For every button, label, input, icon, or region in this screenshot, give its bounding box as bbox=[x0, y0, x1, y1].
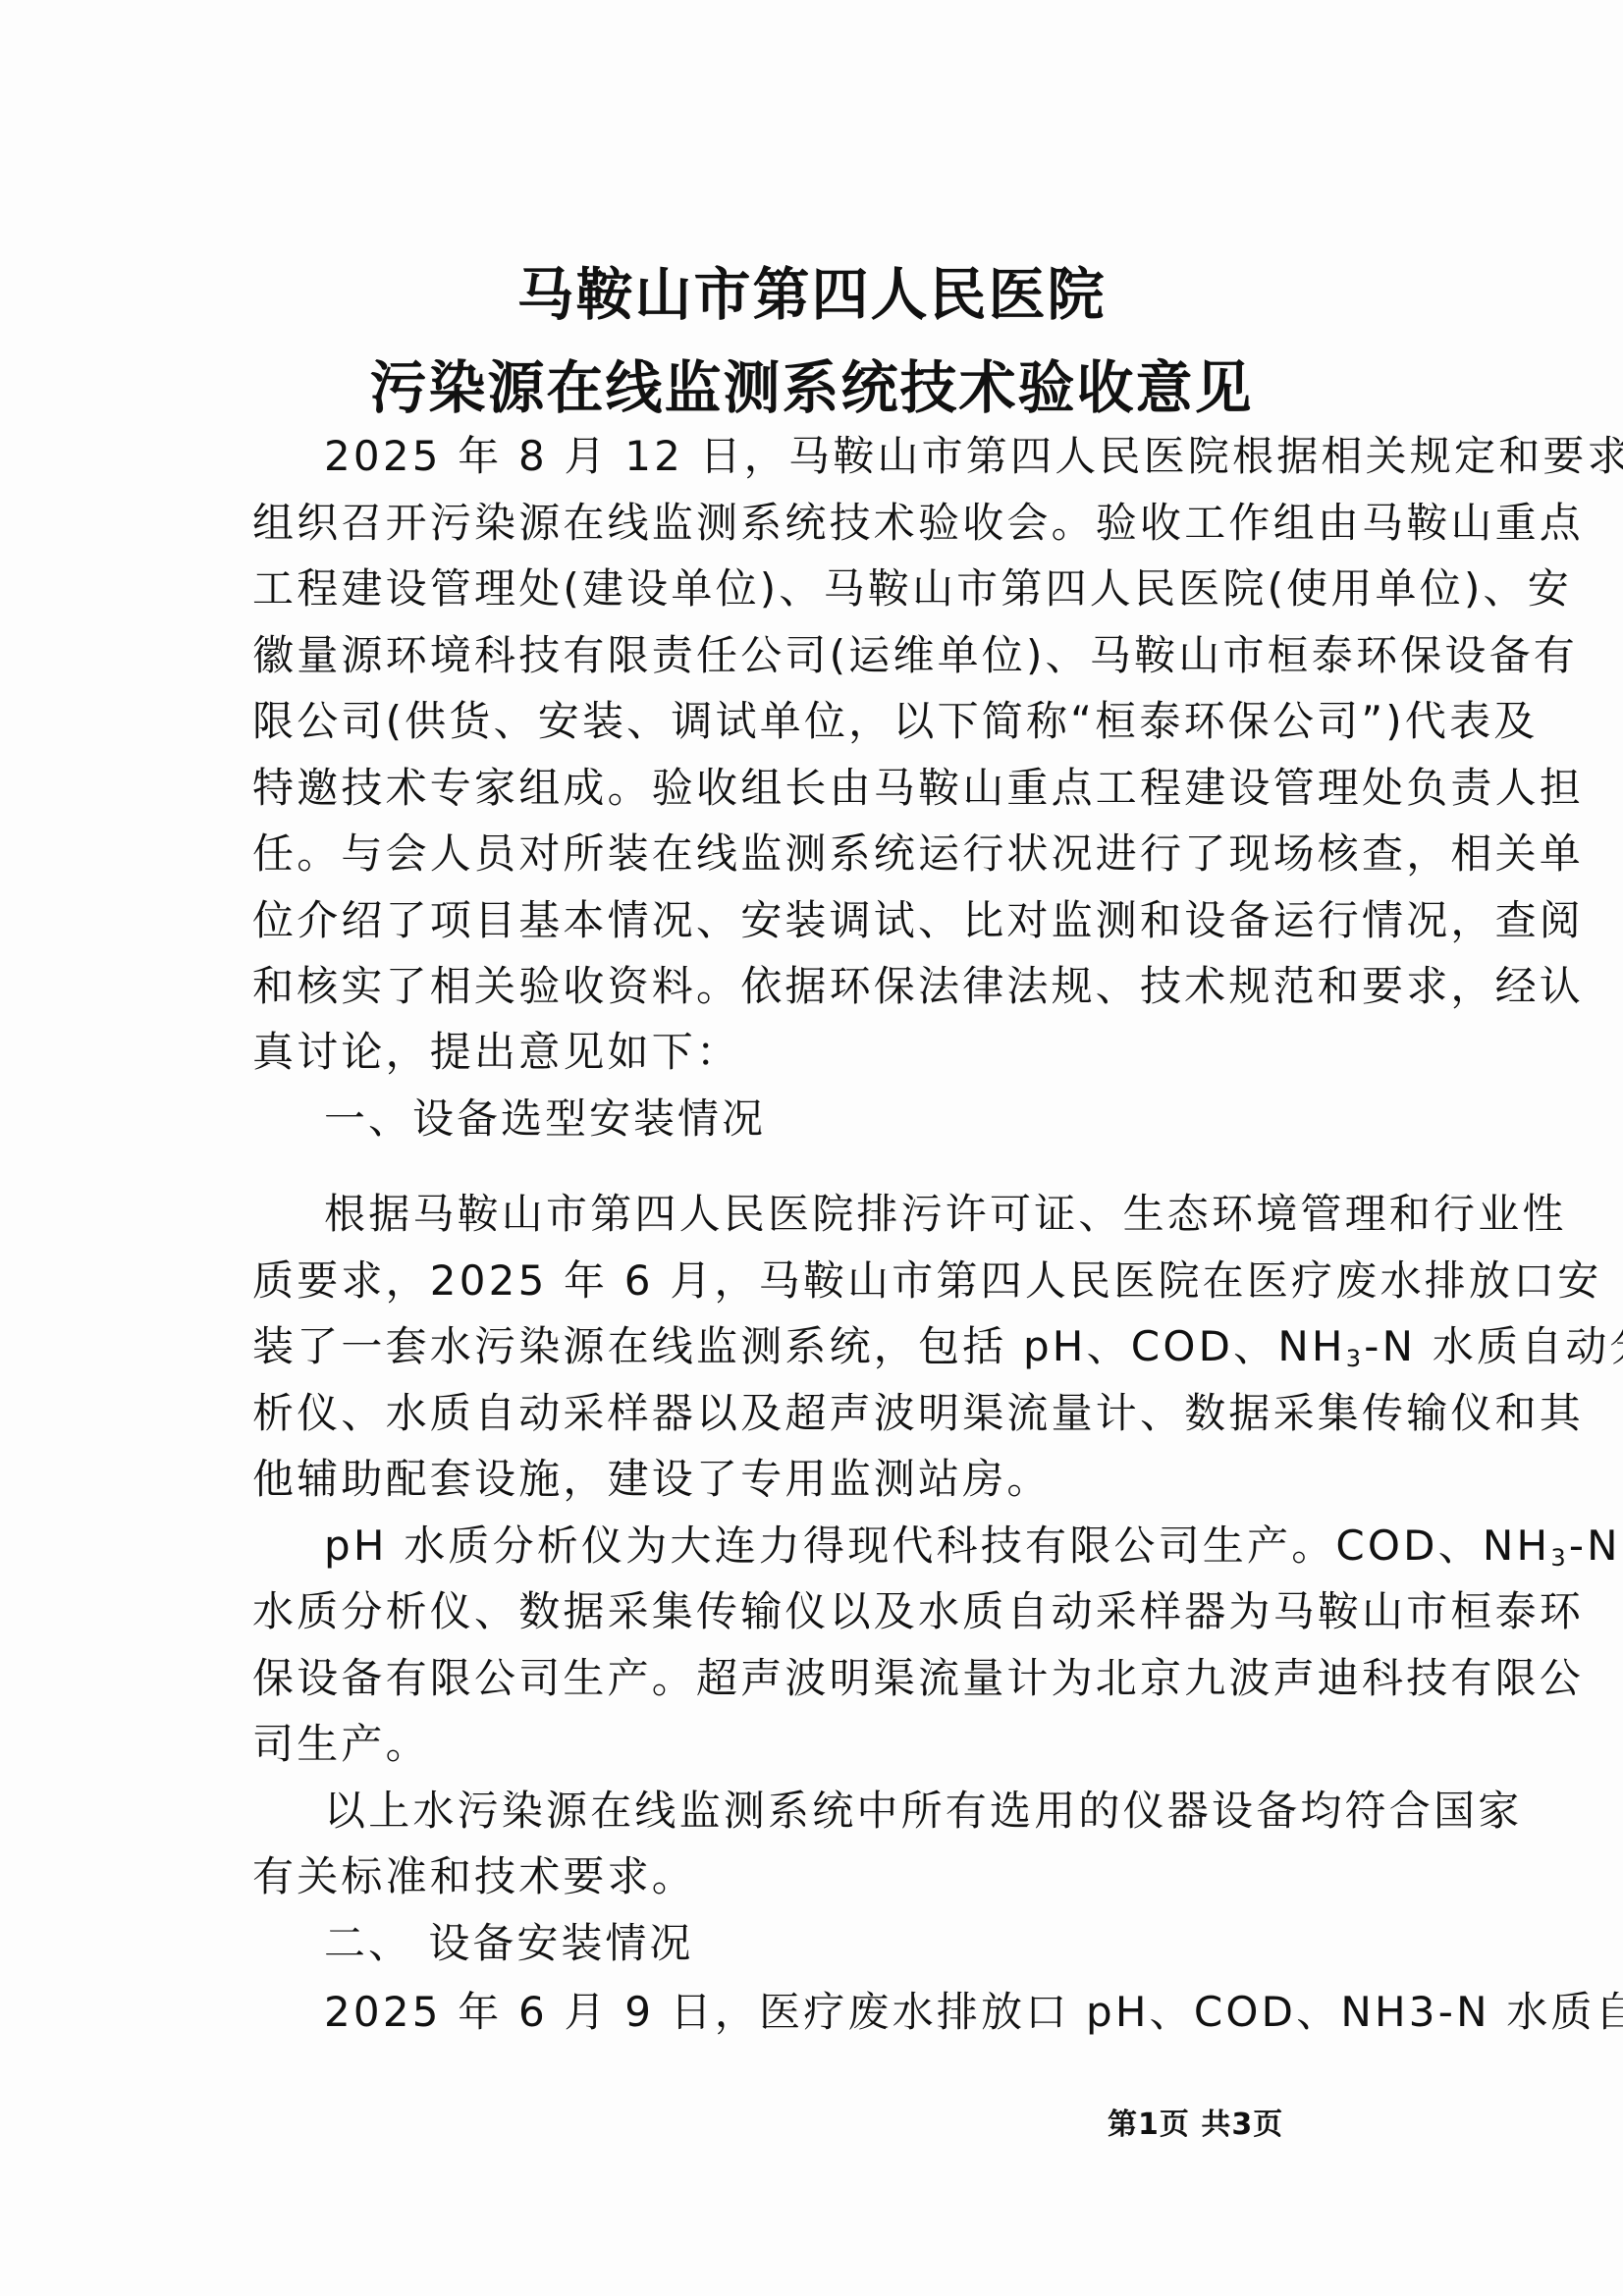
paragraph-line: 组织召开污染源在线监测系统技术验收会。验收工作组由马鞍山重点 bbox=[252, 496, 1323, 551]
page-number-footer: 第1页 共3页 bbox=[1108, 2104, 1283, 2147]
paragraph-line: 2025 年 6 月 9 日，医疗废水排放口 pH、COD、NH3-N 水质自动… bbox=[324, 1985, 1323, 2040]
paragraph-line: 和核实了相关验收资料。依据环保法律法规、技术规范和要求，经认 bbox=[252, 959, 1323, 1014]
paragraph-line: 有关标准和技术要求。 bbox=[252, 1849, 1323, 1904]
line-text: -N bbox=[1569, 1522, 1621, 1570]
paragraph-line: 徽量源环境科技有限责任公司(运维单位)、马鞍山市桓泰环保设备有 bbox=[252, 628, 1323, 683]
section-heading-equipment-installation: 二、 设备安装情况 bbox=[324, 1916, 693, 1971]
paragraph-line: 他辅助配套设施，建设了专用监测站房。 bbox=[252, 1452, 1323, 1507]
paragraph-line: 装了一套水污染源在线监测系统，包括 pH、COD、NH3-N 水质自动分 bbox=[252, 1319, 1323, 1374]
paragraph-line: 工程建设管理处(建设单位)、马鞍山市第四人民医院(使用单位)、安 bbox=[252, 561, 1323, 616]
paragraph-line: 任。与会人员对所装在线监测系统运行状况进行了现场核查，相关单 bbox=[252, 827, 1323, 881]
subscript: 3 bbox=[1346, 1345, 1364, 1372]
document-title-hospital: 马鞍山市第四人民医院 bbox=[0, 260, 1623, 329]
paragraph-line: 保设备有限公司生产。超声波明渠流量计为北京九波声迪科技有限公 bbox=[252, 1651, 1323, 1706]
subscript: 3 bbox=[1550, 1544, 1568, 1572]
paragraph-line: 限公司(供货、安装、调试单位，以下简称“桓泰环保公司”)代表及 bbox=[252, 694, 1323, 749]
section-heading-equipment-selection: 一、设备选型安装情况 bbox=[324, 1092, 766, 1147]
document-page: 马鞍山市第四人民医院 污染源在线监测系统技术验收意见 2025 年 8 月 12… bbox=[0, 0, 1623, 2296]
paragraph-line: 2025 年 8 月 12 日，马鞍山市第四人民医院根据相关规定和要求， bbox=[324, 429, 1323, 484]
paragraph-line: 水质分析仪、数据采集传输仪以及水质自动采样器为马鞍山市桓泰环 bbox=[252, 1584, 1323, 1639]
paragraph-line: 析仪、水质自动采样器以及超声波明渠流量计、数据采集传输仪和其 bbox=[252, 1386, 1323, 1441]
line-text: -N 水质自动分 bbox=[1364, 1322, 1623, 1370]
paragraph-line: 根据马鞍山市第四人民医院排污许可证、生态环境管理和行业性 bbox=[324, 1187, 1323, 1242]
paragraph-line: 真讨论，提出意见如下： bbox=[252, 1025, 1323, 1080]
line-text: pH 水质分析仪为大连力得现代科技有限公司生产。COD、NH bbox=[324, 1522, 1550, 1570]
paragraph-line: 以上水污染源在线监测系统中所有选用的仪器设备均符合国家 bbox=[324, 1784, 1323, 1839]
paragraph-line: 特邀技术专家组成。验收组长由马鞍山重点工程建设管理处负责人担 bbox=[252, 761, 1323, 816]
paragraph-line: 司生产。 bbox=[252, 1717, 1323, 1772]
paragraph-line: pH 水质分析仪为大连力得现代科技有限公司生产。COD、NH3-N bbox=[324, 1519, 1323, 1574]
line-text: 装了一套水污染源在线监测系统，包括 pH、COD、NH bbox=[252, 1322, 1346, 1370]
paragraph-line: 质要求，2025 年 6 月，马鞍山市第四人民医院在医疗废水排放口安 bbox=[252, 1254, 1323, 1308]
paragraph-line: 位介绍了项目基本情况、安装调试、比对监测和设备运行情况，查阅 bbox=[252, 893, 1323, 948]
document-title-subject: 污染源在线监测系统技术验收意见 bbox=[0, 353, 1623, 422]
